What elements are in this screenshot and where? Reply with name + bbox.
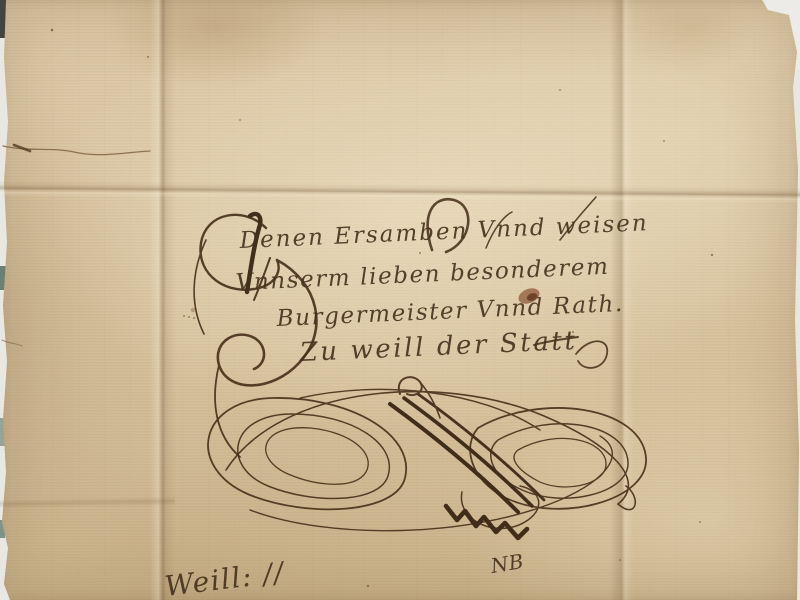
flourish-loop — [514, 438, 606, 487]
ink-speck — [572, 331, 574, 333]
flourish-sweep — [250, 436, 612, 531]
annotation-nb: NB — [488, 549, 526, 578]
ink-speck — [419, 252, 421, 254]
paper-tear — [2, 145, 150, 346]
handwriting-layer: Denen Ersamben Vnnd weisen Vnnserm liebe… — [0, 0, 800, 600]
address-line-4: Zu weill der Statt — [298, 326, 578, 368]
ink-speck — [193, 317, 195, 319]
flourish-loop — [266, 428, 368, 485]
ink-speck — [188, 316, 190, 318]
address-line-2: Vnnserm lieben besonderem — [235, 254, 610, 296]
ink-speck — [239, 119, 241, 121]
ink-speck — [51, 29, 54, 32]
ink-speck — [559, 89, 561, 91]
calligraphic-flourish — [208, 377, 646, 538]
ink-speck — [619, 559, 621, 561]
ink-speck — [191, 308, 195, 312]
docket-weill: Weill: // — [163, 555, 288, 600]
ink-speck — [183, 315, 185, 317]
ink-speck — [367, 585, 369, 587]
ink-speck — [147, 56, 149, 58]
ink-speck — [711, 254, 713, 256]
ink-speck — [663, 140, 665, 142]
flourish-stroke — [194, 240, 206, 334]
address-line-1: Denen Ersamben Vnnd weisen — [238, 210, 649, 254]
ink-speck — [699, 521, 701, 523]
line4-end-flourish — [576, 341, 607, 368]
scanned-letter-page: Denen Ersamben Vnnd weisen Vnnserm liebe… — [0, 0, 800, 600]
tear-line-small — [2, 340, 22, 346]
